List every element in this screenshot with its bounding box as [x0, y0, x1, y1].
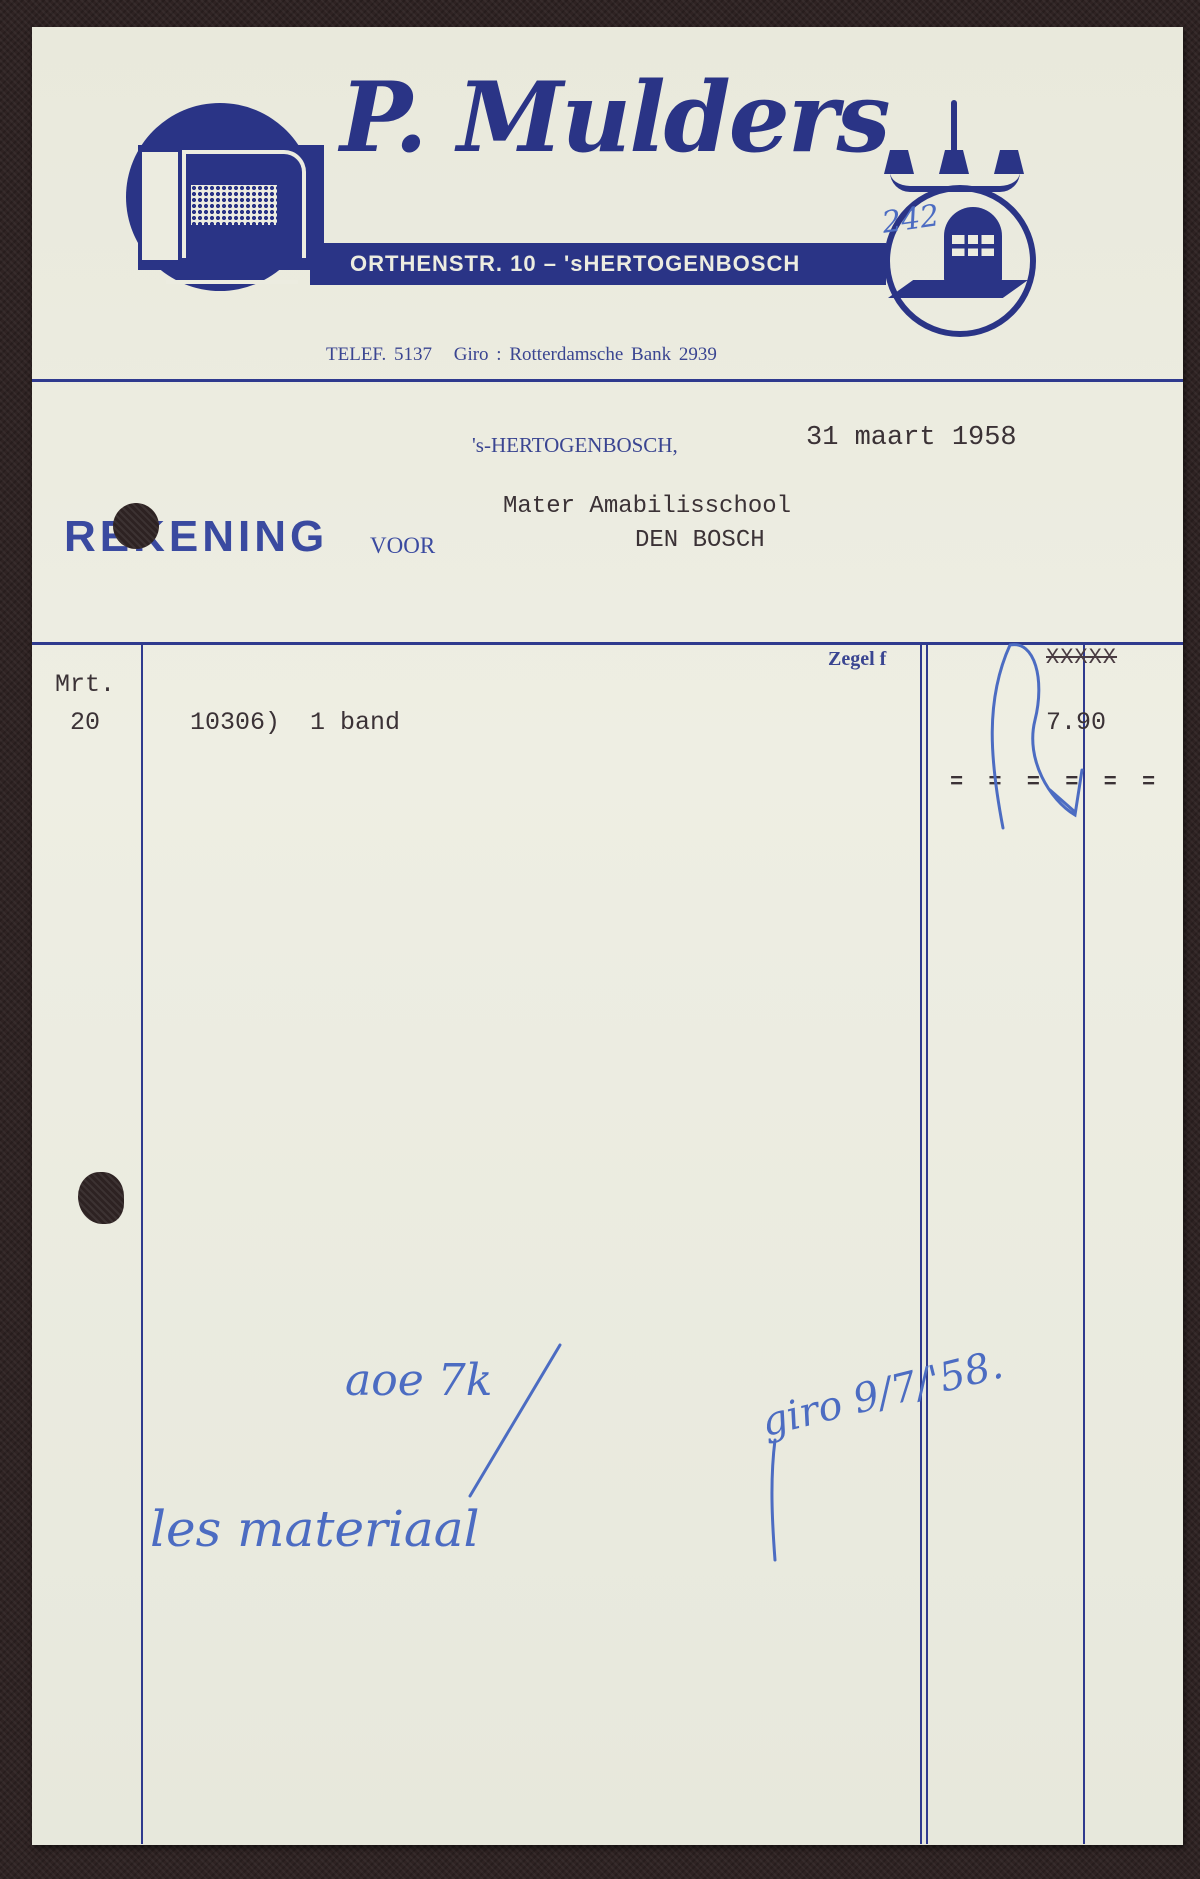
punch-hole-top [113, 503, 159, 549]
line-item-month: Mrt. [55, 670, 115, 699]
recipient-city: DEN BOSCH [503, 524, 791, 558]
total-underline: = = = = = = [950, 770, 1161, 795]
contact-line: TELEF. 5137 Giro : Rotterdamsche Bank 29… [326, 344, 717, 366]
punch-hole-bottom [78, 1172, 124, 1224]
handwritten-note-purpose: les materiaal [150, 1500, 480, 1558]
column-divider-amount-left-2 [926, 644, 928, 1844]
line-item-description: 10306) 1 band [190, 708, 400, 737]
invoice-title-suffix: VOOR [370, 533, 435, 559]
line-item-amount: 7.90 [1046, 708, 1106, 737]
handwritten-note-code: aoe 7k [345, 1355, 492, 1406]
stamp-duty-amount-struck: XXXXX [1046, 645, 1117, 670]
column-divider-cents [1083, 644, 1085, 1844]
header-divider [32, 379, 1183, 382]
stamp-duty-label: Zegel f [828, 648, 886, 671]
brand-name: P. Mulders [340, 70, 889, 166]
invoice-title: REKENING [64, 512, 328, 562]
table-top-divider [32, 642, 1183, 645]
recipient-name: Mater Amabilisschool [503, 490, 791, 524]
column-divider-amount-left-1 [920, 644, 922, 1844]
giro-account: Giro : Rotterdamsche Bank 2939 [454, 344, 717, 365]
invoice-date: 31 maart 1958 [806, 423, 1017, 453]
recipient-address: Mater Amabilisschool DEN BOSCH [503, 490, 791, 558]
column-divider-date [141, 644, 143, 1844]
city-label: 's-HERTOGENBOSCH, [472, 433, 678, 458]
line-item-day: 20 [70, 708, 100, 737]
phone-number: TELEF. 5137 [326, 344, 432, 365]
address-band: ORTHENSTR. 10 – 'sHERTOGENBOSCH [310, 243, 886, 285]
